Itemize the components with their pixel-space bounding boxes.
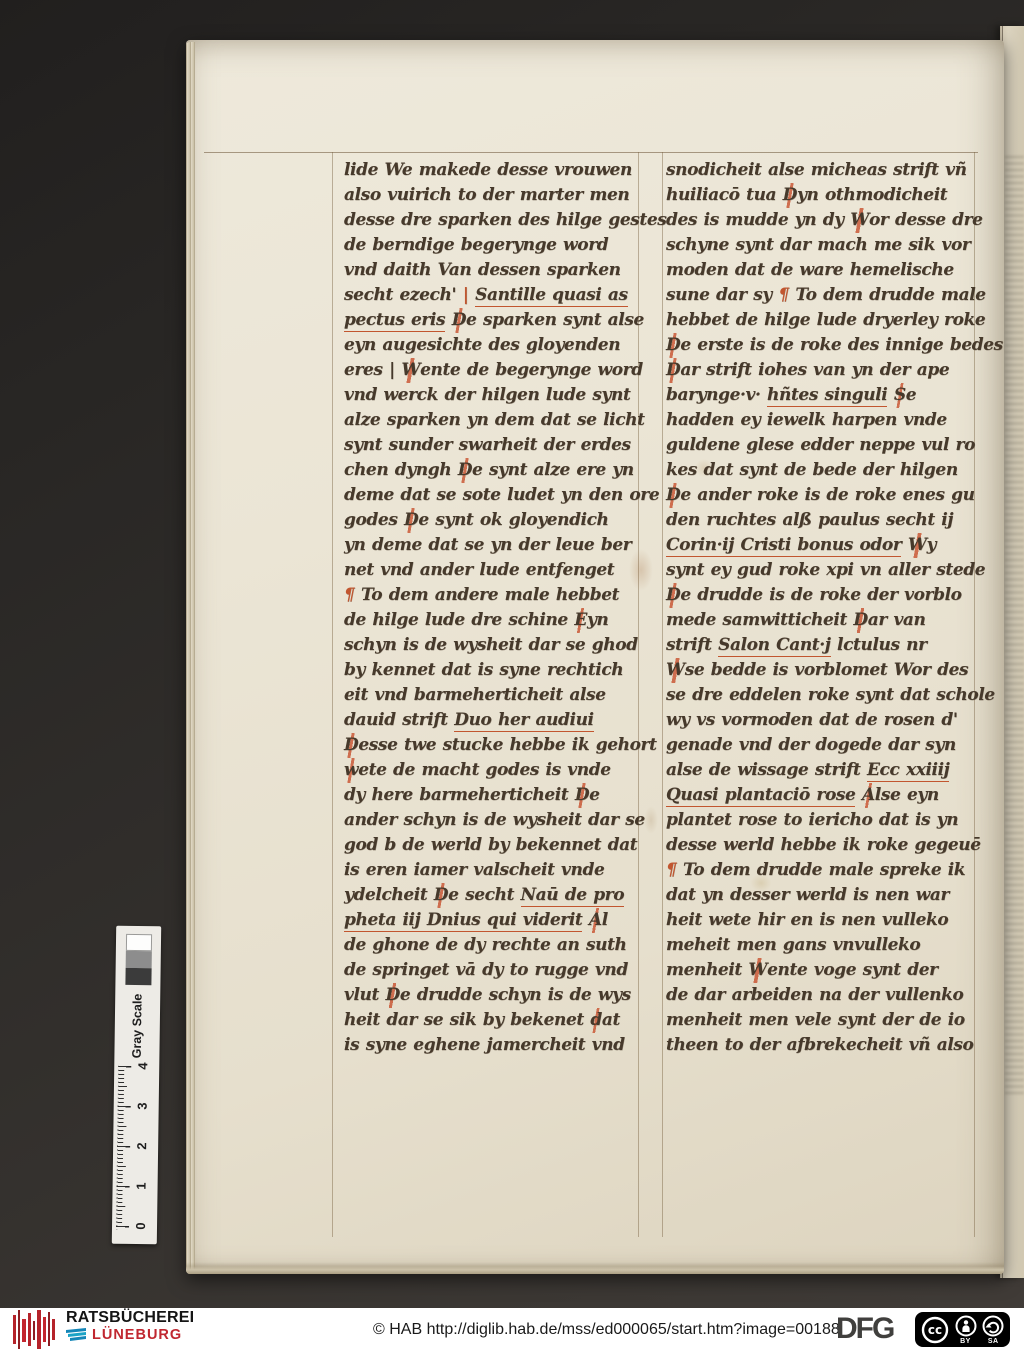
manuscript-column-1: lide We makede desse vrouwenalso vuirich…: [344, 158, 656, 1058]
manuscript-line: schyne synt dar mach me sik vor: [666, 233, 978, 258]
library-logo-text: RATSBÜCHEREI LÜNEBURG: [66, 1310, 194, 1343]
ruler-number: 1: [133, 1178, 149, 1194]
manuscript-line: is eren iamer valscheit vnde: [344, 858, 656, 883]
manuscript-line: heit wete hir en is nen vulleko: [666, 908, 978, 933]
library-name: RATSBÜCHEREI: [66, 1310, 194, 1326]
swatch-gray: [125, 951, 151, 968]
manuscript-line: meheit men gans vnvulleko: [666, 933, 978, 958]
ruling-line-top: [204, 152, 978, 153]
by-icon: BY: [955, 1315, 977, 1345]
scan-photo: lide We makede desse vrouwenalso vuirich…: [0, 0, 1024, 1351]
manuscript-line: mede samwitticheit Dar van: [666, 608, 978, 633]
manuscript-line: ¶ To dem andere male hebbet: [344, 583, 656, 608]
manuscript-line: theen to der afbrekecheit vñ also: [666, 1033, 978, 1058]
manuscript-line: huiliacō tua Dyn othmodicheit: [666, 183, 978, 208]
show-through-text: [1005, 156, 1024, 1096]
cc-icon: cc: [921, 1316, 949, 1344]
manuscript-line: god b de werld by bekennet dat: [344, 833, 656, 858]
manuscript-line: alse de wissage strift Ecc xxiiij: [666, 758, 978, 783]
by-label: BY: [960, 1338, 971, 1345]
wave-icon: [66, 1328, 88, 1343]
manuscript-line: wy vs vormoden dat de rosen d': [666, 708, 978, 733]
ruler-number: 3: [135, 1098, 151, 1114]
manuscript-line: is syne eghene jamercheit vnd: [344, 1033, 656, 1058]
manuscript-line: menheit men vele synt der de io: [666, 1008, 978, 1033]
manuscript-line: Wse bedde is vorblomet Wor des: [666, 658, 978, 683]
library-city: LÜNEBURG: [92, 1328, 182, 1343]
swatch-white: [125, 934, 151, 951]
manuscript-line: godes De synt ok gloyendich: [344, 508, 656, 533]
manuscript-line: de dar arbeiden na der vullenko: [666, 983, 978, 1008]
manuscript-line: Desse twe stucke hebbe ik gehort: [344, 733, 656, 758]
manuscript-line: heit dar se sik by bekenet dat: [344, 1008, 656, 1033]
ruler-numbers: 43210: [133, 1066, 154, 1246]
manuscript-line: sune dar sy ¶ To dem drudde male: [666, 283, 978, 308]
copyright-url: © HAB http://diglib.hab.de/mss/ed000065/…: [373, 1308, 840, 1351]
manuscript-line: dy here barmeherticheit De: [344, 783, 656, 808]
manuscript-line: also vuirich to der marter men: [344, 183, 656, 208]
manuscript-line: vnd daith Van dessen sparken: [344, 258, 656, 283]
manuscript-line: hebbet de hilge lude dryerley roke: [666, 308, 978, 333]
manuscript-line: de hilge lude dre schine Eyn: [344, 608, 656, 633]
manuscript-line: genade vnd der dogede dar syn: [666, 733, 978, 758]
manuscript-page: lide We makede desse vrouwenalso vuirich…: [186, 40, 1004, 1274]
library-logo-bars-icon: [12, 1310, 58, 1349]
manuscript-line: guldene glese edder neppe vul ro: [666, 433, 978, 458]
svg-text:cc: cc: [928, 1323, 942, 1337]
manuscript-line: ander schyn is de wysheit dar se: [344, 808, 656, 833]
manuscript-line: strift Salon Cant·j lctulus nr: [666, 633, 978, 658]
manuscript-line: ¶ To dem drudde male spreke ik: [666, 858, 978, 883]
manuscript-line: Corin·ij Cristi bonus odor Wy: [666, 533, 978, 558]
manuscript-line: alze sparken yn dem dat se licht: [344, 408, 656, 433]
manuscript-line: dat yn desser werld is nen war: [666, 883, 978, 908]
manuscript-line: Dar strift iohes van yn der ape: [666, 358, 978, 383]
ruler-number: 0: [133, 1218, 149, 1234]
cc-license-badge: cc BY SA: [913, 1310, 1012, 1349]
manuscript-line: De ander roke is de roke enes gu: [666, 483, 978, 508]
dfg-logo: DFG: [836, 1308, 893, 1351]
manuscript-line: pheta iij Dnius qui viderit Al: [344, 908, 656, 933]
manuscript-line: desse werld hebbe ik roke gegeuē: [666, 833, 978, 858]
manuscript-line: synt sunder swarheit der erdes: [344, 433, 656, 458]
manuscript-line: snodicheit alse micheas strift vñ: [666, 158, 978, 183]
manuscript-line: plantet rose to iericho dat is yn: [666, 808, 978, 833]
swatch-dark: [125, 968, 151, 985]
manuscript-line: desse dre sparken des hilge gestes: [344, 208, 656, 233]
sa-label: SA: [988, 1338, 999, 1345]
manuscript-line: de ghone de dy rechte an suth: [344, 933, 656, 958]
manuscript-line: lide We makede desse vrouwen: [344, 158, 656, 183]
ruling-line-gutter-right: [662, 152, 663, 1237]
manuscript-line: eres | Wente de begerynge word: [344, 358, 656, 383]
manuscript-line: moden dat de ware hemelische: [666, 258, 978, 283]
manuscript-line: by kennet dat is syne rechtich: [344, 658, 656, 683]
manuscript-line: kes dat synt de bede der hilgen: [666, 458, 978, 483]
footer-bar: RATSBÜCHEREI LÜNEBURG © HAB http://digli…: [0, 1308, 1024, 1351]
manuscript-line: se dre eddelen roke synt dat schole: [666, 683, 978, 708]
manuscript-line: secht ezech' | Santille quasi as: [344, 283, 656, 308]
manuscript-line: ydelcheit De secht Naū de pro: [344, 883, 656, 908]
manuscript-line: menheit Wente voge synt der: [666, 958, 978, 983]
manuscript-line: de berndige begerynge word: [344, 233, 656, 258]
manuscript-line: wete de macht godes is vnde: [344, 758, 656, 783]
ruler-ticks: [116, 1066, 132, 1230]
grayscale-ruler: Gray Scale 43210: [112, 926, 161, 1245]
manuscript-line: den ruchtes alß paulus secht ij: [666, 508, 978, 533]
gray-swatches: [115, 934, 161, 986]
manuscript-line: deme dat se sote ludet yn den ore: [344, 483, 656, 508]
manuscript-line: net vnd ander lude entfenget: [344, 558, 656, 583]
manuscript-line: des is mudde yn dy Wor desse dre: [666, 208, 978, 233]
manuscript-line: pectus eris De sparken synt alse: [344, 308, 656, 333]
ruling-line-left: [332, 152, 333, 1237]
manuscript-line: vlut De drudde schyn is de wys: [344, 983, 656, 1008]
manuscript-line: dauid strift Duo her audiui: [344, 708, 656, 733]
manuscript-line: barynge·v· hñtes singuli Se: [666, 383, 978, 408]
manuscript-line: De erste is de roke des innige bedes: [666, 333, 978, 358]
manuscript-line: eyn augesichte des gloyenden: [344, 333, 656, 358]
manuscript-line: chen dyngh De synt alze ere yn: [344, 458, 656, 483]
manuscript-line: Quasi plantaciō rose Alse eyn: [666, 783, 978, 808]
manuscript-line: vnd werck der hilgen lude synt: [344, 383, 656, 408]
ruler-number: 2: [134, 1138, 150, 1154]
manuscript-line: eit vnd barmeherticheit alse: [344, 683, 656, 708]
library-logo: RATSBÜCHEREI LÜNEBURG: [12, 1310, 194, 1349]
manuscript-line: synt ey gud roke xpi vn aller stede: [666, 558, 978, 583]
manuscript-line: hadden ey iewelk harpen vnde: [666, 408, 978, 433]
manuscript-line: yn deme dat se yn der leue ber: [344, 533, 656, 558]
manuscript-line: de springet vā dy to rugge vnd: [344, 958, 656, 983]
ruler-label: Gray Scale: [114, 990, 160, 1063]
sa-icon: SA: [982, 1315, 1004, 1345]
manuscript-line: schyn is de wysheit dar se ghod: [344, 633, 656, 658]
ruler-number: 4: [135, 1058, 151, 1074]
manuscript-line: De drudde is de roke der vorblo: [666, 583, 978, 608]
manuscript-column-2: snodicheit alse micheas strift vñhuiliac…: [666, 158, 978, 1058]
